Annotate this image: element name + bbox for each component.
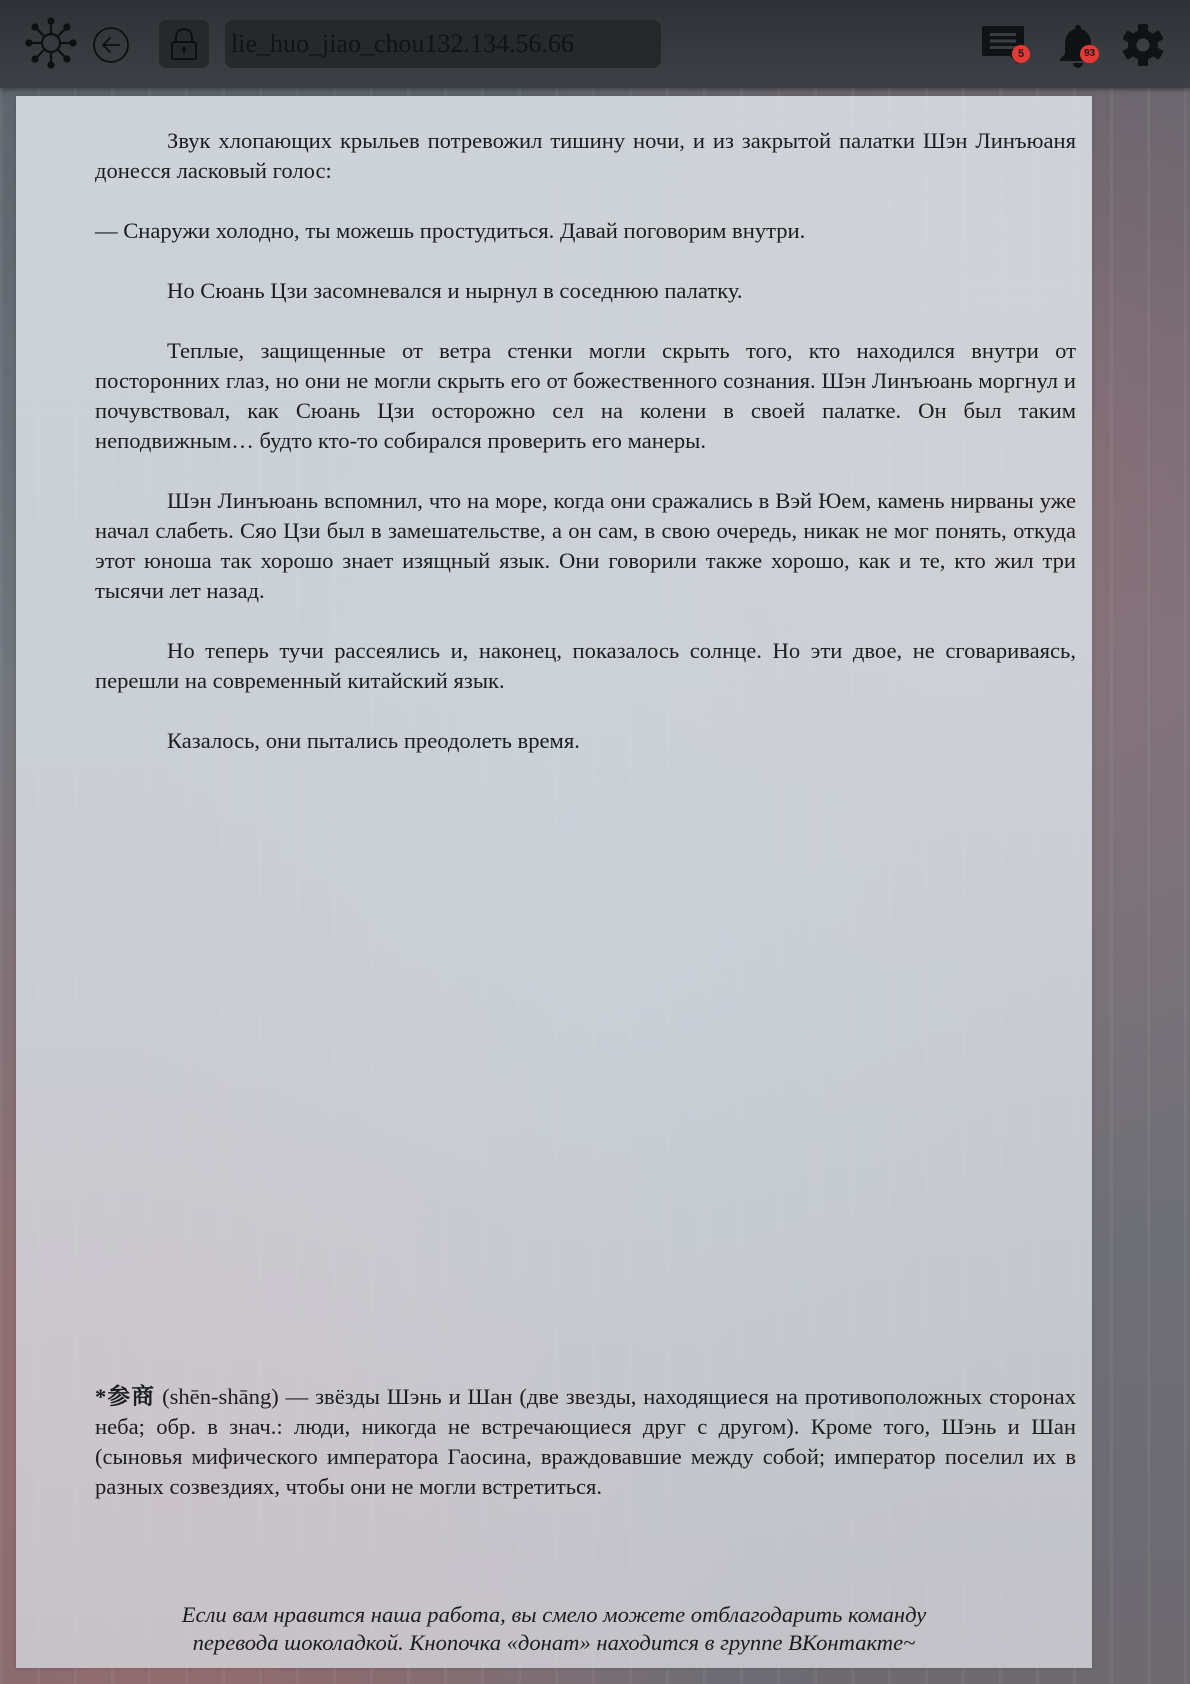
- hub-network-icon[interactable]: [24, 16, 78, 70]
- donation-note: Если вам нравится наша работа, вы смело …: [16, 1601, 1092, 1657]
- footnote: *参商 (shēn-shāng) — звёзды Шэнь и Шан (дв…: [95, 1382, 1076, 1532]
- chapter-page: Звук хлопающих крыльев потревожил тишину…: [16, 96, 1092, 1668]
- paragraph: Но теперь тучи рассеялись и, наконец, по…: [95, 636, 1076, 696]
- notifications-badge: 93: [1080, 45, 1099, 63]
- paragraph: Казалось, они пытались преодолеть время.: [95, 726, 1076, 756]
- gear-icon[interactable]: [1121, 23, 1165, 67]
- lock-button[interactable]: [159, 20, 209, 68]
- paragraph: Но Сюань Цзи засомневался и нырнул в сос…: [95, 276, 1076, 306]
- messages-badge: 5: [1012, 45, 1030, 63]
- footnote-term: *参商: [95, 1384, 155, 1409]
- top-bar: lie_huo_jiao_chou132.134.56.66 5 93: [0, 0, 1190, 88]
- footnote-text: (shēn-shāng) — звёзды Шэнь и Шан (две зв…: [95, 1384, 1076, 1499]
- paragraph: — Снаружи холодно, ты можешь простудитьс…: [95, 216, 1076, 246]
- donation-note-line-1: Если вам нравится наша работа, вы смело …: [16, 1601, 1092, 1629]
- arrow-left-circle-icon[interactable]: [92, 26, 130, 64]
- paragraph: Теплые, защищенные от ветра стенки могли…: [95, 336, 1076, 456]
- lock-icon: [169, 27, 199, 61]
- paragraph: Звук хлопающих крыльев потревожил тишину…: [95, 126, 1076, 186]
- paragraph: Шэн Линъюань вспомнил, что на море, когд…: [95, 486, 1076, 606]
- donation-note-line-2: перевода шоколадкой. Кнопочка «донат» на…: [16, 1629, 1092, 1657]
- chapter-text: Звук хлопающих крыльев потревожил тишину…: [95, 126, 1076, 786]
- address-field[interactable]: lie_huo_jiao_chou132.134.56.66: [225, 20, 661, 68]
